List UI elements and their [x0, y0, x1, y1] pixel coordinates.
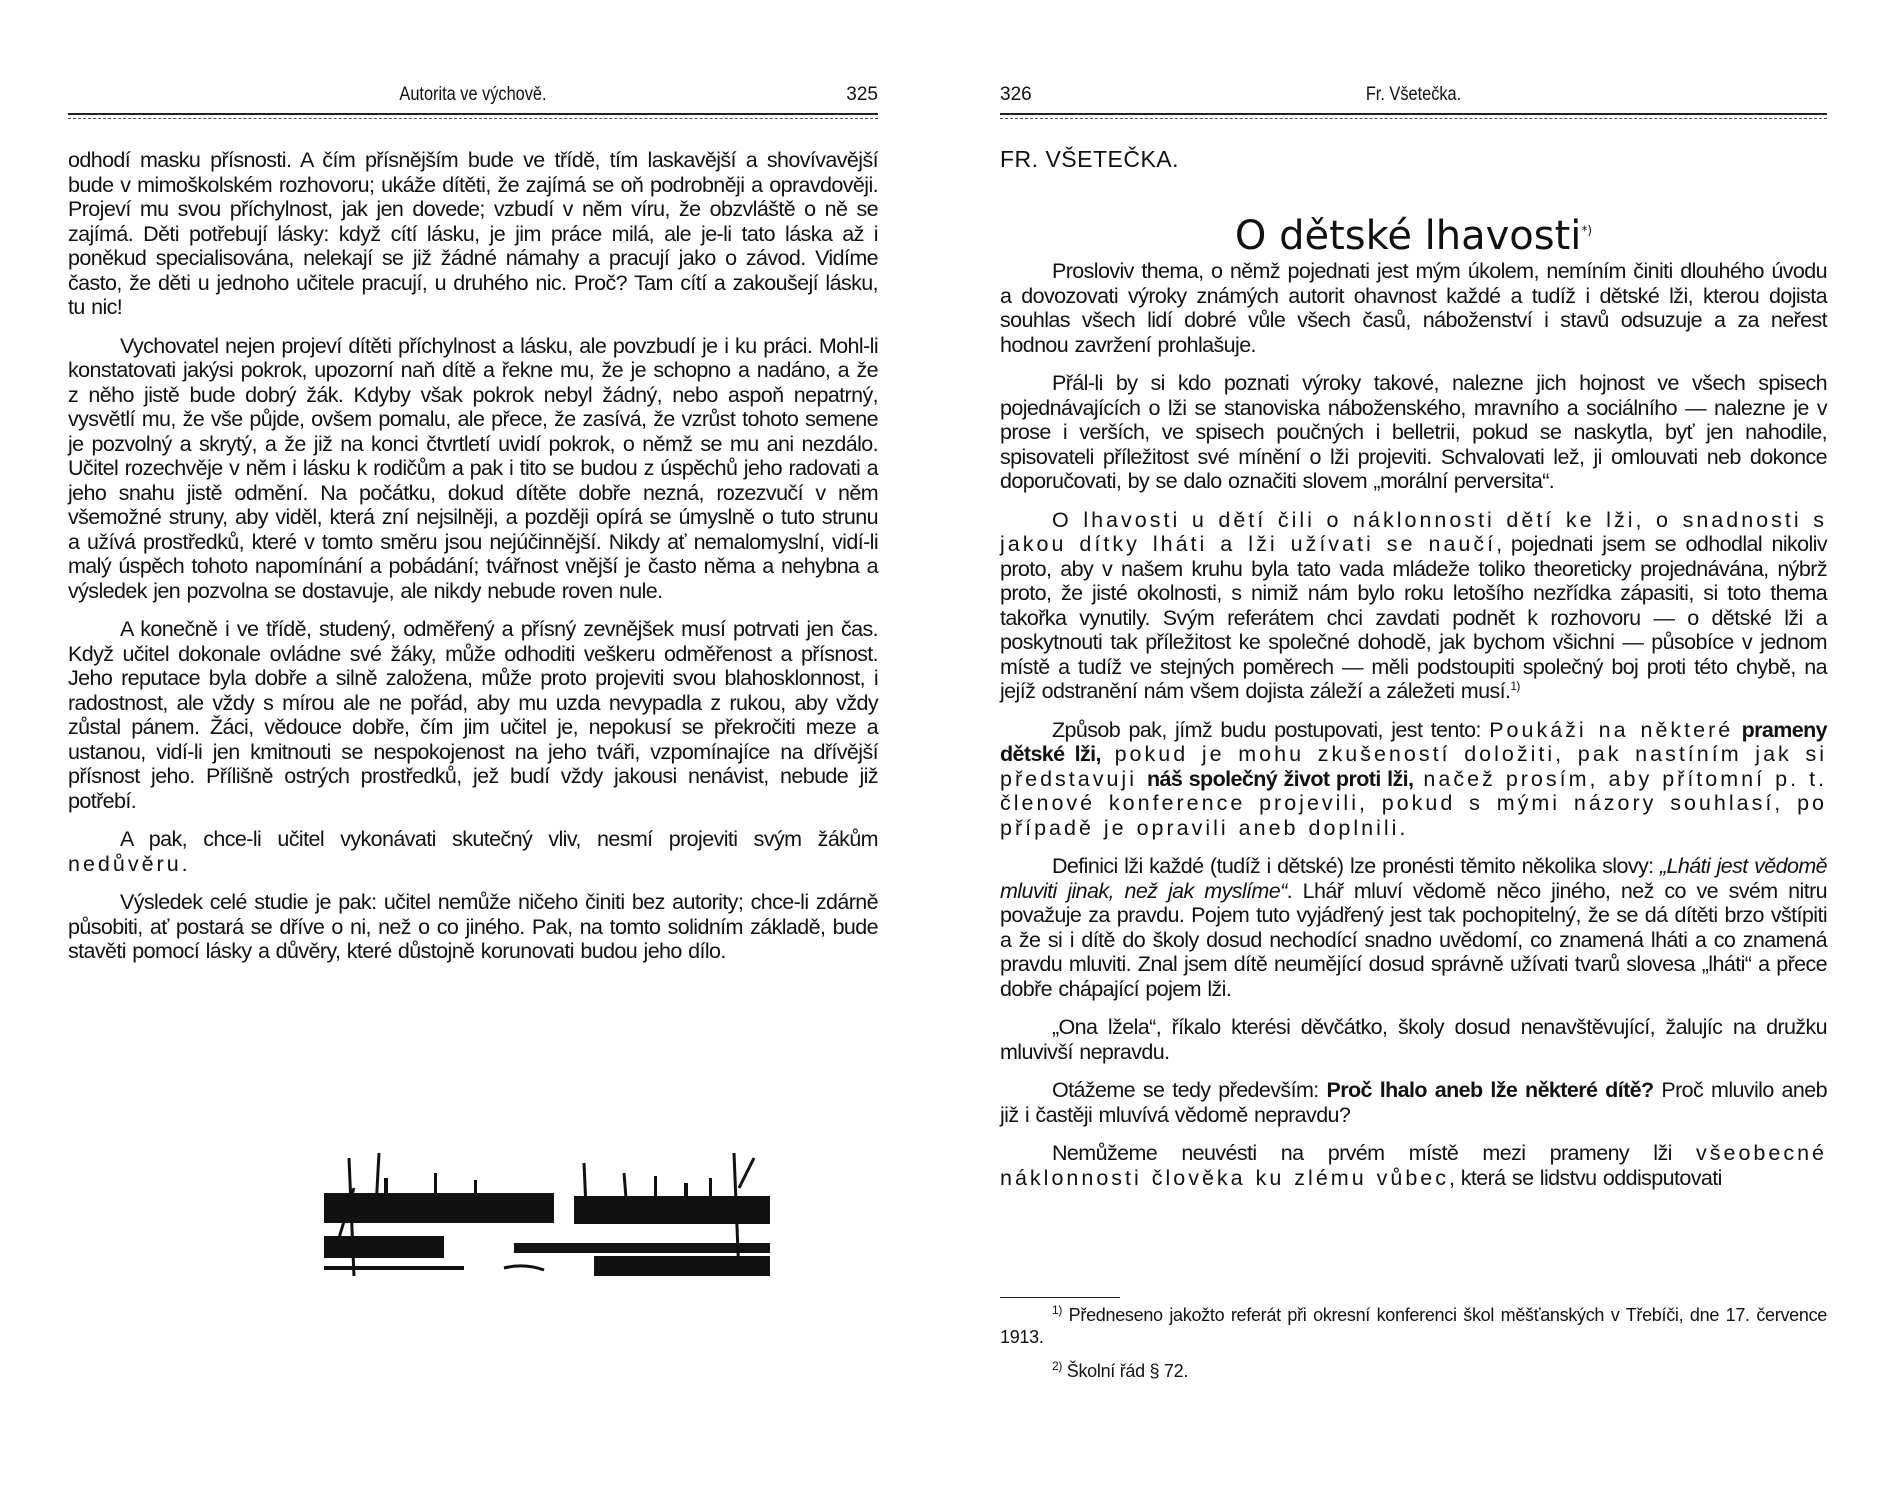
article-title: O dětské lhavosti*) [1000, 213, 1827, 259]
paragraph: Vychovatel nejen projeví dítěti příchyln… [68, 334, 878, 604]
emphasis-spaced: nedůvěru [68, 852, 182, 876]
paragraph-text: Definici lži každé (tudíž i dětské) lze … [1052, 854, 1660, 878]
running-head: Autorita ve výchově. 325 [68, 84, 878, 110]
article-title-text: O dětské lhavosti [1235, 213, 1582, 259]
running-title: Fr. Všetečka. [1058, 84, 1769, 106]
paragraph: Otážeme se tedy především: Proč lhalo an… [1000, 1078, 1827, 1127]
footnote-ref[interactable]: 1) [1510, 679, 1519, 693]
footnote-rule [1000, 1297, 1120, 1298]
paragraph: Definici lži každé (tudíž i dětské) lze … [1000, 854, 1827, 1001]
emphasis-spaced: Poukáži na některé [1489, 718, 1733, 742]
paragraph: Způsob pak, jímž budu postupovati, jest … [1000, 718, 1827, 841]
paragraph: Přál-li by si kdo poznati výroky takové,… [1000, 371, 1827, 494]
header-rule [68, 113, 878, 115]
paragraph-text: Způsob pak, jímž budu postupovati, jest … [1052, 718, 1489, 742]
header-rule [1000, 113, 1827, 115]
landscape-illustration [324, 1148, 770, 1276]
page-number: 325 [846, 84, 878, 106]
paragraph: O lhavosti u dětí čili o náklonnosti dět… [1000, 508, 1827, 704]
running-title: Autorita ve výchově. [125, 84, 822, 106]
paragraph-text: . [182, 852, 187, 876]
paragraph: odhodí masku přísnosti. A čím přísnějším… [68, 148, 878, 320]
body-text: Prosloviv thema, o němž pojednati jest m… [1000, 259, 1827, 1204]
landscape-engraving-icon [324, 1148, 770, 1276]
title-footnote-mark: *) [1581, 223, 1592, 237]
page-number: 326 [1000, 84, 1032, 106]
footnotes: 1) Předneseno jakožto referát při okresn… [1000, 1304, 1827, 1394]
footnote-text: Předneseno jakožto referát při okresní k… [1000, 1305, 1827, 1347]
paragraph: A pak, chce-li učitel vykonávati skutečn… [68, 827, 878, 876]
emphasis-bold: Proč lhalo aneb lže některé dítě? [1326, 1078, 1653, 1102]
footnote: 2) Školní řád § 72. [1000, 1360, 1827, 1382]
paragraph: Prosloviv thema, o němž pojednati jest m… [1000, 259, 1827, 357]
paragraph: Nemůžeme neuvésti na prvém místě mezi pr… [1000, 1141, 1827, 1190]
paragraph-text: Otážeme se tedy především: [1052, 1078, 1326, 1102]
body-text: odhodí masku přísnosti. A čím přísnějším… [68, 148, 878, 978]
paragraph-text: , pojednati jsem se odhodlal nikoliv pro… [1000, 532, 1827, 703]
paragraph-text: A pak, chce-li učitel vykonávati skutečn… [120, 827, 878, 851]
paragraph: „Ona lžela“, říkalo kterési děvčátko, šk… [1000, 1015, 1827, 1064]
header-rule-secondary [1000, 118, 1827, 119]
header-rule-secondary [68, 118, 878, 119]
running-head: 326 Fr. Všetečka. [1000, 84, 1827, 110]
footnote: 1) Předneseno jakožto referát při okresn… [1000, 1304, 1827, 1348]
footnote-mark: 1) [1052, 1303, 1062, 1317]
paragraph: A konečně i ve třídě, studený, odměřený … [68, 617, 878, 813]
emphasis-bold: náš společný život proti lži, [1147, 767, 1413, 791]
author-name: FR. VŠETEČKA. [1000, 146, 1179, 173]
paragraph-text: , která se lidstvu oddisputovati [1449, 1166, 1722, 1190]
paragraph: Výsledek celé studie je pak: učitel nemů… [68, 890, 878, 964]
footnote-mark: 2) [1052, 1359, 1062, 1373]
paragraph-text: Nemůžeme neuvésti na prvém místě mezi pr… [1052, 1141, 1696, 1165]
footnote-text: Školní řád § 72. [1062, 1361, 1188, 1381]
